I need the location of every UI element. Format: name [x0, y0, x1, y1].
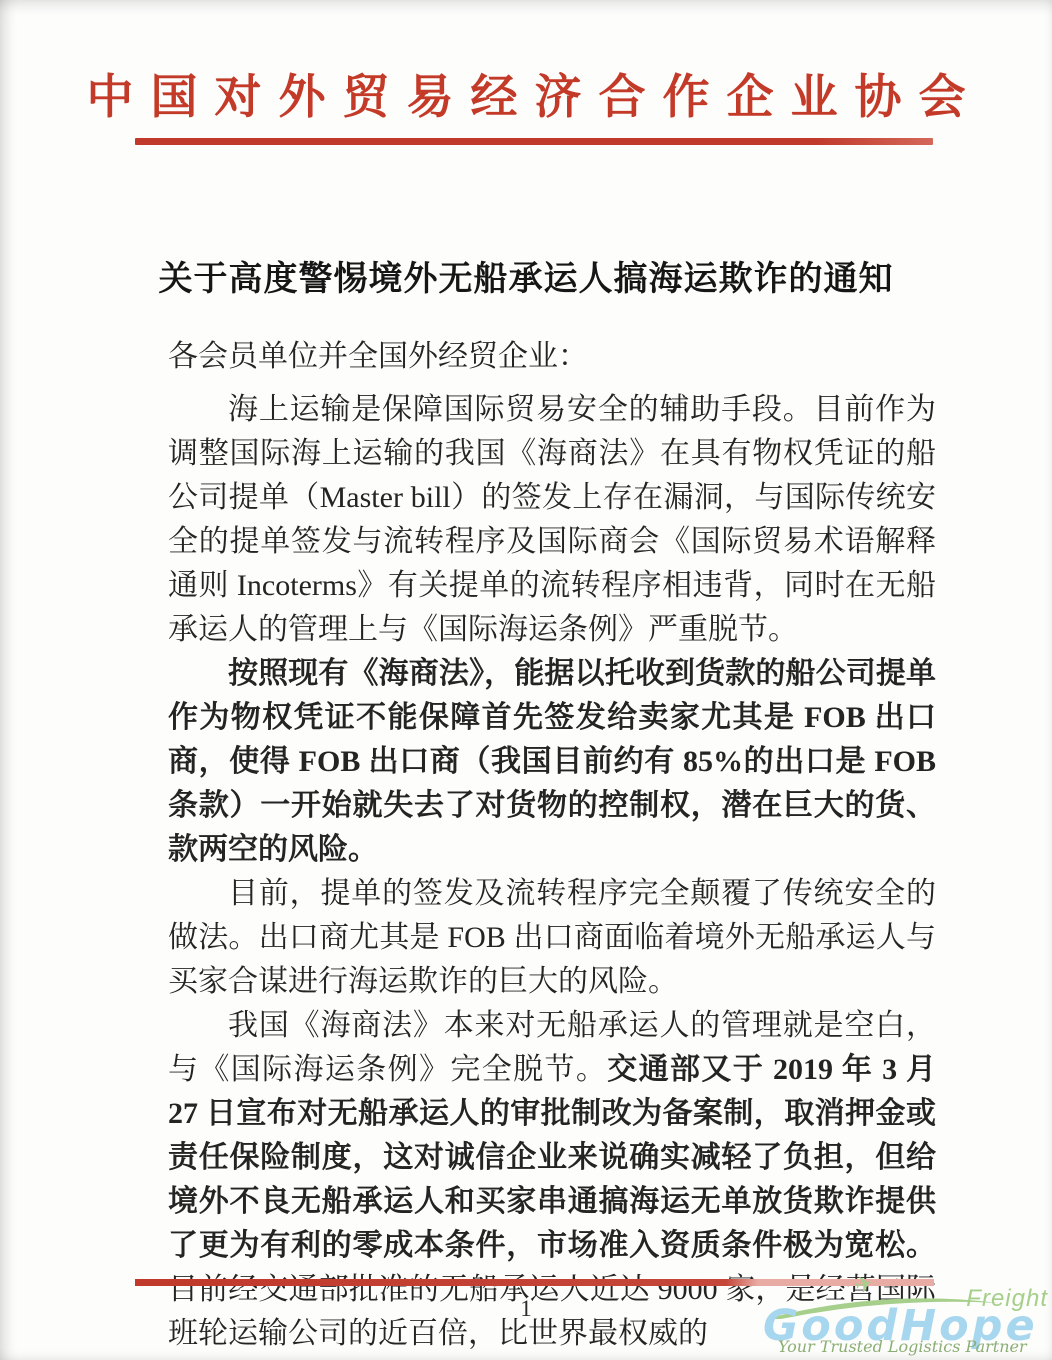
paragraph-segment: 目前，提单的签发及流转程序完全颠覆了传统安全的做法。出口商尤其是 FOB 出口商…	[168, 877, 936, 998]
goodhope-freight-logo: ✈ Freight GoodHope Your Trusted Logistic…	[763, 1279, 1052, 1360]
salutation: 各会员单位并全国外经贸企业：	[168, 335, 936, 379]
body-paragraph: 按照现有《海商法》，能据以托收到货款的船公司提单作为物权凭证不能保障首先签发给卖…	[168, 652, 936, 872]
document-title: 关于高度警惕境外无船承运人搞海运欺诈的通知	[0, 251, 1052, 300]
body-paragraph: 海上运输是保障国际贸易安全的辅助手段。目前作为调整国际海上运输的我国《海商法》在…	[168, 388, 936, 652]
paragraphs-container: 海上运输是保障国际贸易安全的辅助手段。目前作为调整国际海上运输的我国《海商法》在…	[168, 388, 936, 1356]
document-body: 各会员单位并全国外经贸企业： 海上运输是保障国际贸易安全的辅助手段。目前作为调整…	[168, 335, 936, 1356]
paragraph-segment: 海上运输是保障国际贸易安全的辅助手段。目前作为调整国际海上运输的我国《海商法》在…	[168, 393, 936, 646]
letterhead-title: 中国对外贸易经济合作企业协会	[0, 60, 1052, 127]
paragraph-segment-bold: 按照现有《海商法》，能据以托收到货款的船公司提单作为物权凭证不能保障首先签发给卖…	[168, 657, 936, 866]
scanned-notice-page: 中国对外贸易经济合作企业协会 关于高度警惕境外无船承运人搞海运欺诈的通知 各会员…	[0, 0, 1052, 1360]
letterhead-divider-rule	[135, 138, 933, 145]
logo-tagline: Your Trusted Logistics Partner	[778, 1337, 1027, 1356]
body-paragraph: 目前，提单的签发及流转程序完全颠覆了传统安全的做法。出口商尤其是 FOB 出口商…	[168, 872, 936, 1004]
